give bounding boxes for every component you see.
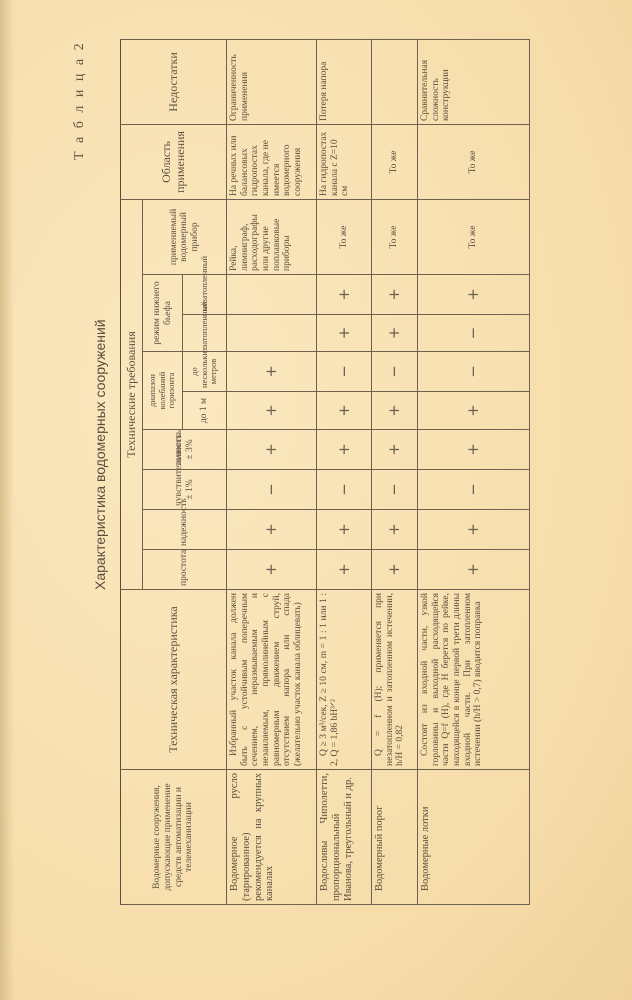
simplicity-mark: + <box>372 550 418 590</box>
level-to-1m-mark: + <box>227 392 317 430</box>
level-to-several-m-mark: − <box>372 352 418 392</box>
tech-cell: Q ≥ 3 м³/сек, Z ≥ 10 см, m = 1 : 1 или 1… <box>317 590 372 770</box>
water-measuring-structures-table: Водомерные сооружения, допускающие приме… <box>120 39 530 905</box>
drawbacks-cell <box>372 39 418 124</box>
header-structure: Водомерные сооружения, допускающие приме… <box>121 770 227 905</box>
drawbacks-cell: Сравнительная сложность конструкции <box>418 39 530 124</box>
structure-cell: Водомерный порог <box>372 770 418 905</box>
header-level-to-1m: до 1 м <box>183 392 227 430</box>
free-flow-mark: + <box>317 275 372 315</box>
header-tech-requirements: Технические требования <box>121 199 143 589</box>
device-cell: То же <box>372 199 418 274</box>
device-cell: То же <box>418 199 530 274</box>
submerged-mark <box>227 315 317 352</box>
header-reliability: надежность <box>143 510 227 550</box>
level-to-several-m-mark: + <box>227 352 317 392</box>
level-to-several-m-mark: − <box>317 352 372 392</box>
header-application-area: Область применения <box>121 124 227 199</box>
table-row: Водосливы Чиполетти, пропорциональный Ив… <box>317 39 372 904</box>
area-cell: На гидропостах канала с Z=10 см <box>317 124 372 199</box>
simplicity-mark: + <box>227 550 317 590</box>
sensitivity-mark: − <box>317 470 372 510</box>
area-cell: То же <box>418 124 530 199</box>
table-row: Водомерные лотки Состоят из входной част… <box>418 39 530 904</box>
header-tech-characteristic: Техническая характеристика <box>121 590 227 770</box>
tech-cell: Q = f (H); применяется при незатопленном… <box>372 590 418 770</box>
submerged-mark: + <box>317 315 372 352</box>
area-cell: То же <box>372 124 418 199</box>
reliability-mark: + <box>227 510 317 550</box>
table-title: Характеристика водомерных сооружений <box>92 319 108 590</box>
free-flow-mark <box>227 275 317 315</box>
accuracy-mark: + <box>227 430 317 470</box>
free-flow-mark: + <box>418 275 530 315</box>
simplicity-mark: + <box>418 550 530 590</box>
area-cell: На речных или балансовых гидропостах кан… <box>227 124 317 199</box>
header-level-to-several-m: до нескольких метров <box>183 352 227 392</box>
accuracy-mark: + <box>317 430 372 470</box>
header-tailwater-regime: режим нижнего бьефа <box>143 275 183 352</box>
structure-cell: Водосливы Чиполетти, пропорциональный Ив… <box>317 770 372 905</box>
reliability-mark: + <box>317 510 372 550</box>
submerged-mark: + <box>372 315 418 352</box>
level-to-1m-mark: + <box>317 392 372 430</box>
reliability-mark: + <box>372 510 418 550</box>
sensitivity-mark: − <box>227 470 317 510</box>
header-simplicity: простота <box>143 550 227 590</box>
drawbacks-cell: Потеря напора <box>317 39 372 124</box>
header-level-range: диапазон колебаний горизонта <box>143 352 183 430</box>
reliability-mark: + <box>418 510 530 550</box>
level-to-1m-mark: + <box>418 392 530 430</box>
table-number: Т а б л и ц а 2 <box>72 41 88 160</box>
accuracy-mark: + <box>418 430 530 470</box>
device-cell: То же <box>317 199 372 274</box>
structure-cell: Водомерное русло (тарированное) рекоменд… <box>227 770 317 905</box>
sensitivity-mark: − <box>372 470 418 510</box>
submerged-mark: − <box>418 315 530 352</box>
level-to-1m-mark: + <box>372 392 418 430</box>
accuracy-mark: + <box>372 430 418 470</box>
sensitivity-mark: − <box>418 470 530 510</box>
table-row: Водомерный порог Q = f (H); применяется … <box>372 39 418 904</box>
header-device: применяемый водомерный прибор <box>143 199 227 274</box>
table-row: Водомерное русло (тарированное) рекоменд… <box>227 39 317 904</box>
simplicity-mark: + <box>317 550 372 590</box>
header-drawbacks: Недостатки <box>121 39 227 124</box>
header-free-flow: незатопленный <box>183 275 227 315</box>
header-accuracy: точность ± 3% <box>143 430 227 470</box>
header-submerged: затопленный <box>183 315 227 352</box>
level-to-several-m-mark: − <box>418 352 530 392</box>
tech-cell: Состоят из входной части, узкой горловин… <box>418 590 530 770</box>
device-cell: Рейка, лимниграф, расходографы или други… <box>227 199 317 274</box>
tech-cell: Избранный участок канала должен быть с у… <box>227 590 317 770</box>
free-flow-mark: + <box>372 275 418 315</box>
structure-cell: Водомерные лотки <box>418 770 530 905</box>
rotated-page: Т а б л и ц а 2 Характеристика водомерны… <box>0 0 632 1000</box>
drawbacks-cell: Ограниченность применения <box>227 39 317 124</box>
